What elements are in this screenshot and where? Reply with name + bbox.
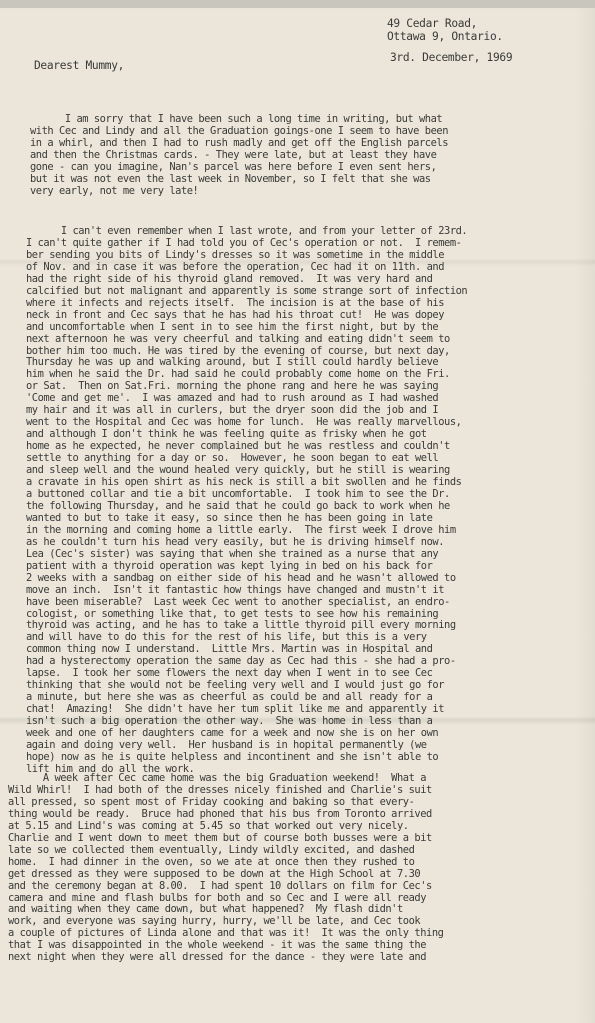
text-line: next afternoon he was very cheerful and … [26, 334, 586, 346]
text-line: move an inch. Isn't it fantastic how thi… [26, 585, 586, 597]
paragraph-2: I can't even remember when I last wrote,… [26, 226, 586, 776]
text-line: get dressed as they were supposed to be … [8, 869, 568, 881]
text-line: in the morning and coming home a little … [26, 525, 586, 537]
paragraph-3: A week after Cec came home was the big G… [8, 773, 568, 964]
text-line: 2 weeks with a sandbag on either side of… [26, 573, 586, 585]
text-line: next night when they were all dressed fo… [8, 952, 568, 964]
letter-date: 3rd. December, 1969 [390, 51, 512, 64]
typewritten-letter-page: 49 Cedar Road, Ottawa 9, Ontario. 3rd. D… [0, 0, 595, 1023]
text-line: but it was not even the last week in Nov… [30, 174, 590, 186]
text-line: gone - can you imagine, Nan's parcel was… [30, 162, 590, 174]
text-line: very early, not me very late! [30, 186, 590, 198]
text-line: home. I had dinner in the oven, so we at… [8, 857, 568, 869]
page-top-edge [0, 0, 595, 8]
text-line: where it infects and rejects itself. The… [26, 298, 586, 310]
address-line-street: 49 Cedar Road, [387, 17, 503, 30]
text-line: Lea (Cec's sister) was saying that when … [26, 549, 586, 561]
text-line: had the right side of his thyroid gland … [26, 274, 586, 286]
text-line: calcified but not malignant and apparent… [26, 286, 586, 298]
text-line: neck in front and Cec says that he has h… [26, 310, 586, 322]
text-line: Charlie and I went down to meet them but… [8, 833, 568, 845]
text-line: patient with a thyroid operation was kep… [26, 561, 586, 573]
text-line: and uncomfortable when I sent in to see … [26, 322, 586, 334]
text-line: as he couldn't turn his head very easily… [26, 537, 586, 549]
text-line: at 5.15 and Lind's was coming at 5.45 so… [8, 821, 568, 833]
text-line: have been miserable? Last week Cec went … [26, 597, 586, 609]
paragraph-1: I am sorry that I have been such a long … [30, 114, 590, 198]
salutation: Dearest Mummy, [34, 59, 124, 72]
text-line: and the ceremony began at 8.00. I had sp… [8, 881, 568, 893]
sender-address: 49 Cedar Road, Ottawa 9, Ontario. [387, 17, 503, 43]
text-line: late so we collected them eventually, Li… [8, 845, 568, 857]
address-line-city: Ottawa 9, Ontario. [387, 30, 503, 43]
